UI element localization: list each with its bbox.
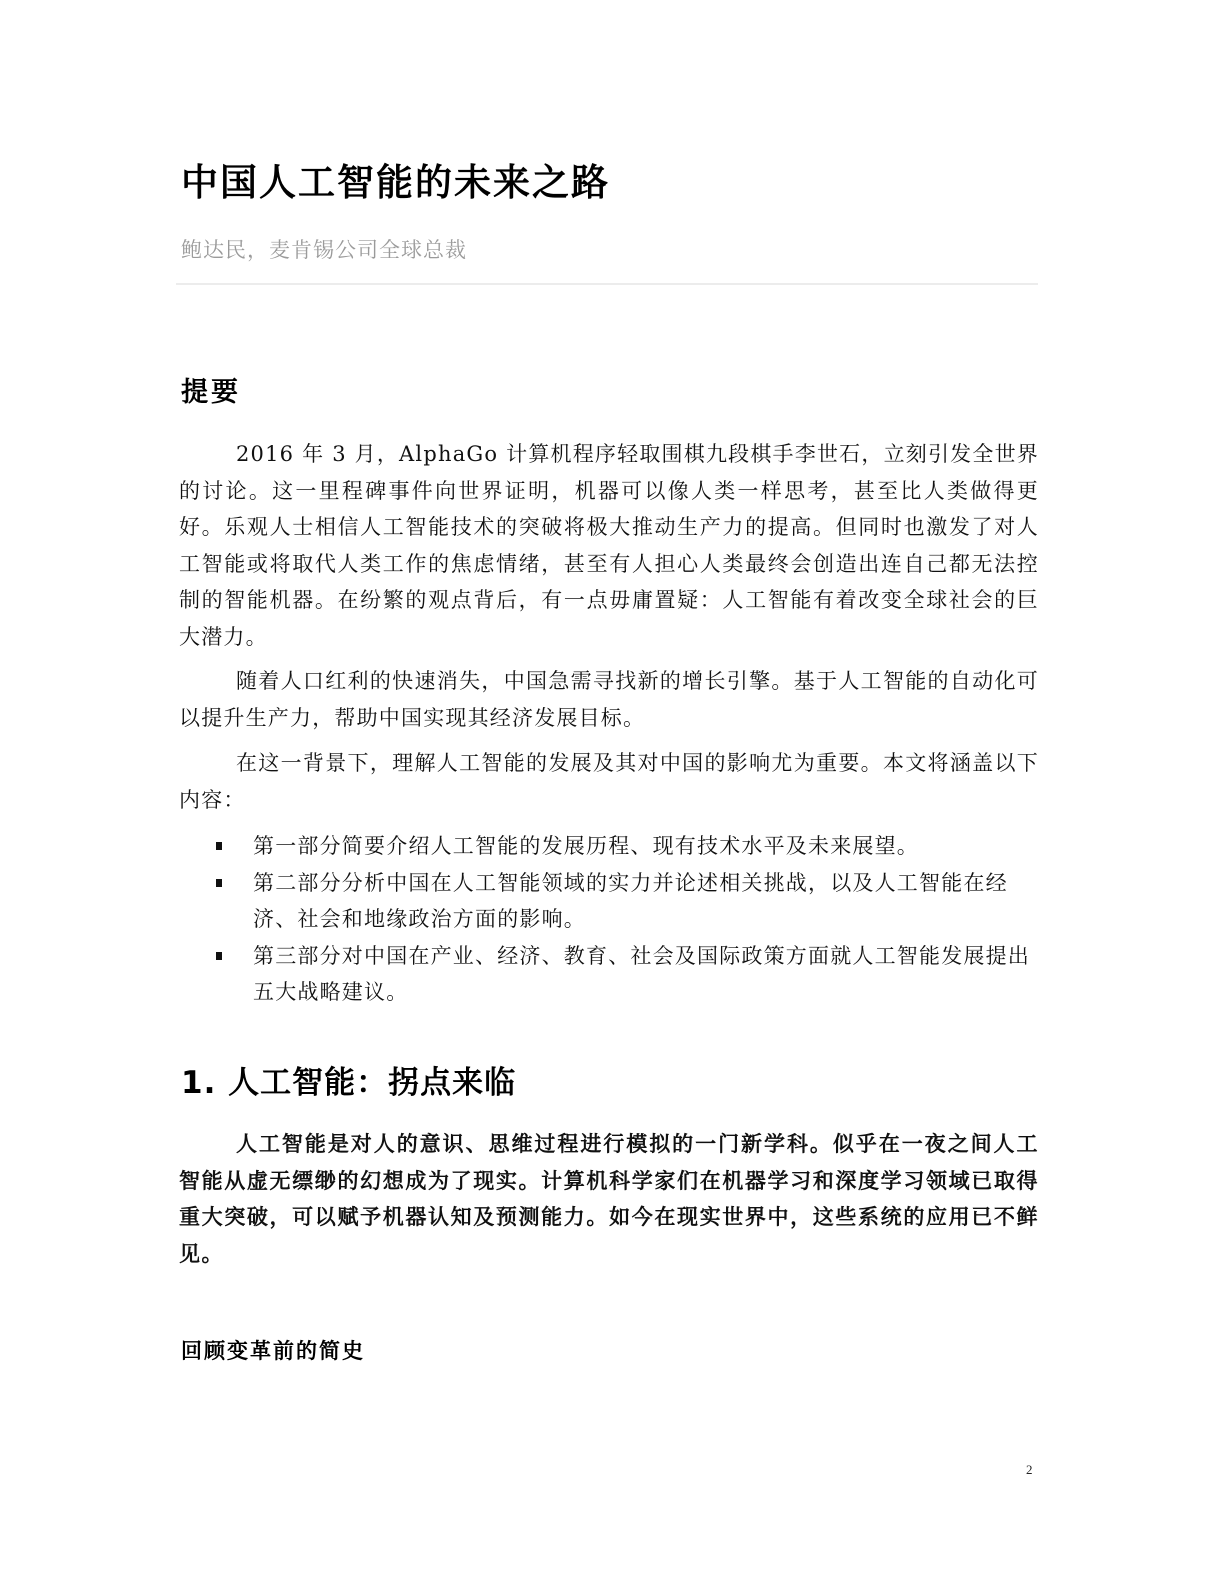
list-item-text: 第三部分对中国在产业、经济、教育、社会及国际政策方面就人工智能发展提出五大战略建… xyxy=(253,944,1030,1005)
list-item: 第一部分简要介绍人工智能的发展历程、现有技术水平及未来展望。 xyxy=(210,828,1040,865)
abstract-paragraph-1: 2016 年 3 月，AlphaGo 计算机程序轻取围棋九段棋手李世石，立刻引发… xyxy=(179,436,1039,655)
square-bullet-icon xyxy=(216,879,222,887)
list-item: 第二部分分析中国在人工智能领域的实力并论述相关挑战，以及人工智能在经济、社会和地… xyxy=(210,865,1040,938)
square-bullet-icon xyxy=(216,842,222,850)
abstract-paragraph-2: 随着人口红利的快速消失，中国急需寻找新的增长引擎。基于人工智能的自动化可以提升生… xyxy=(179,663,1039,736)
author-byline: 鲍达民，麦肯锡公司全球总裁 xyxy=(181,234,467,264)
title-divider xyxy=(176,283,1038,285)
list-item-text: 第一部分简要介绍人工智能的发展历程、现有技术水平及未来展望。 xyxy=(253,834,919,858)
list-item-text: 第二部分分析中国在人工智能领域的实力并论述相关挑战，以及人工智能在经济、社会和地… xyxy=(253,871,1008,932)
section-1-subheading: 回顾变革前的简史 xyxy=(181,1335,365,1365)
section-1-heading: 1. 人工智能：拐点来临 xyxy=(181,1057,516,1102)
document-page: 中国人工智能的未来之路 鲍达民，麦肯锡公司全球总裁 提要 2016 年 3 月，… xyxy=(0,0,1224,1584)
contents-list: 第一部分简要介绍人工智能的发展历程、现有技术水平及未来展望。 第二部分分析中国在… xyxy=(210,828,1040,1011)
abstract-paragraph-3: 在这一背景下，理解人工智能的发展及其对中国的影响尤为重要。本文将涵盖以下内容： xyxy=(179,745,1039,818)
square-bullet-icon xyxy=(216,952,222,960)
list-item: 第三部分对中国在产业、经济、教育、社会及国际政策方面就人工智能发展提出五大战略建… xyxy=(210,938,1040,1011)
document-title: 中国人工智能的未来之路 xyxy=(181,152,610,206)
section-1-lead-paragraph: 人工智能是对人的意识、思维过程进行模拟的一门新学科。似乎在一夜之间人工智能从虚无… xyxy=(179,1126,1039,1272)
abstract-heading: 提要 xyxy=(181,370,241,409)
page-number: 2 xyxy=(1026,1462,1033,1478)
